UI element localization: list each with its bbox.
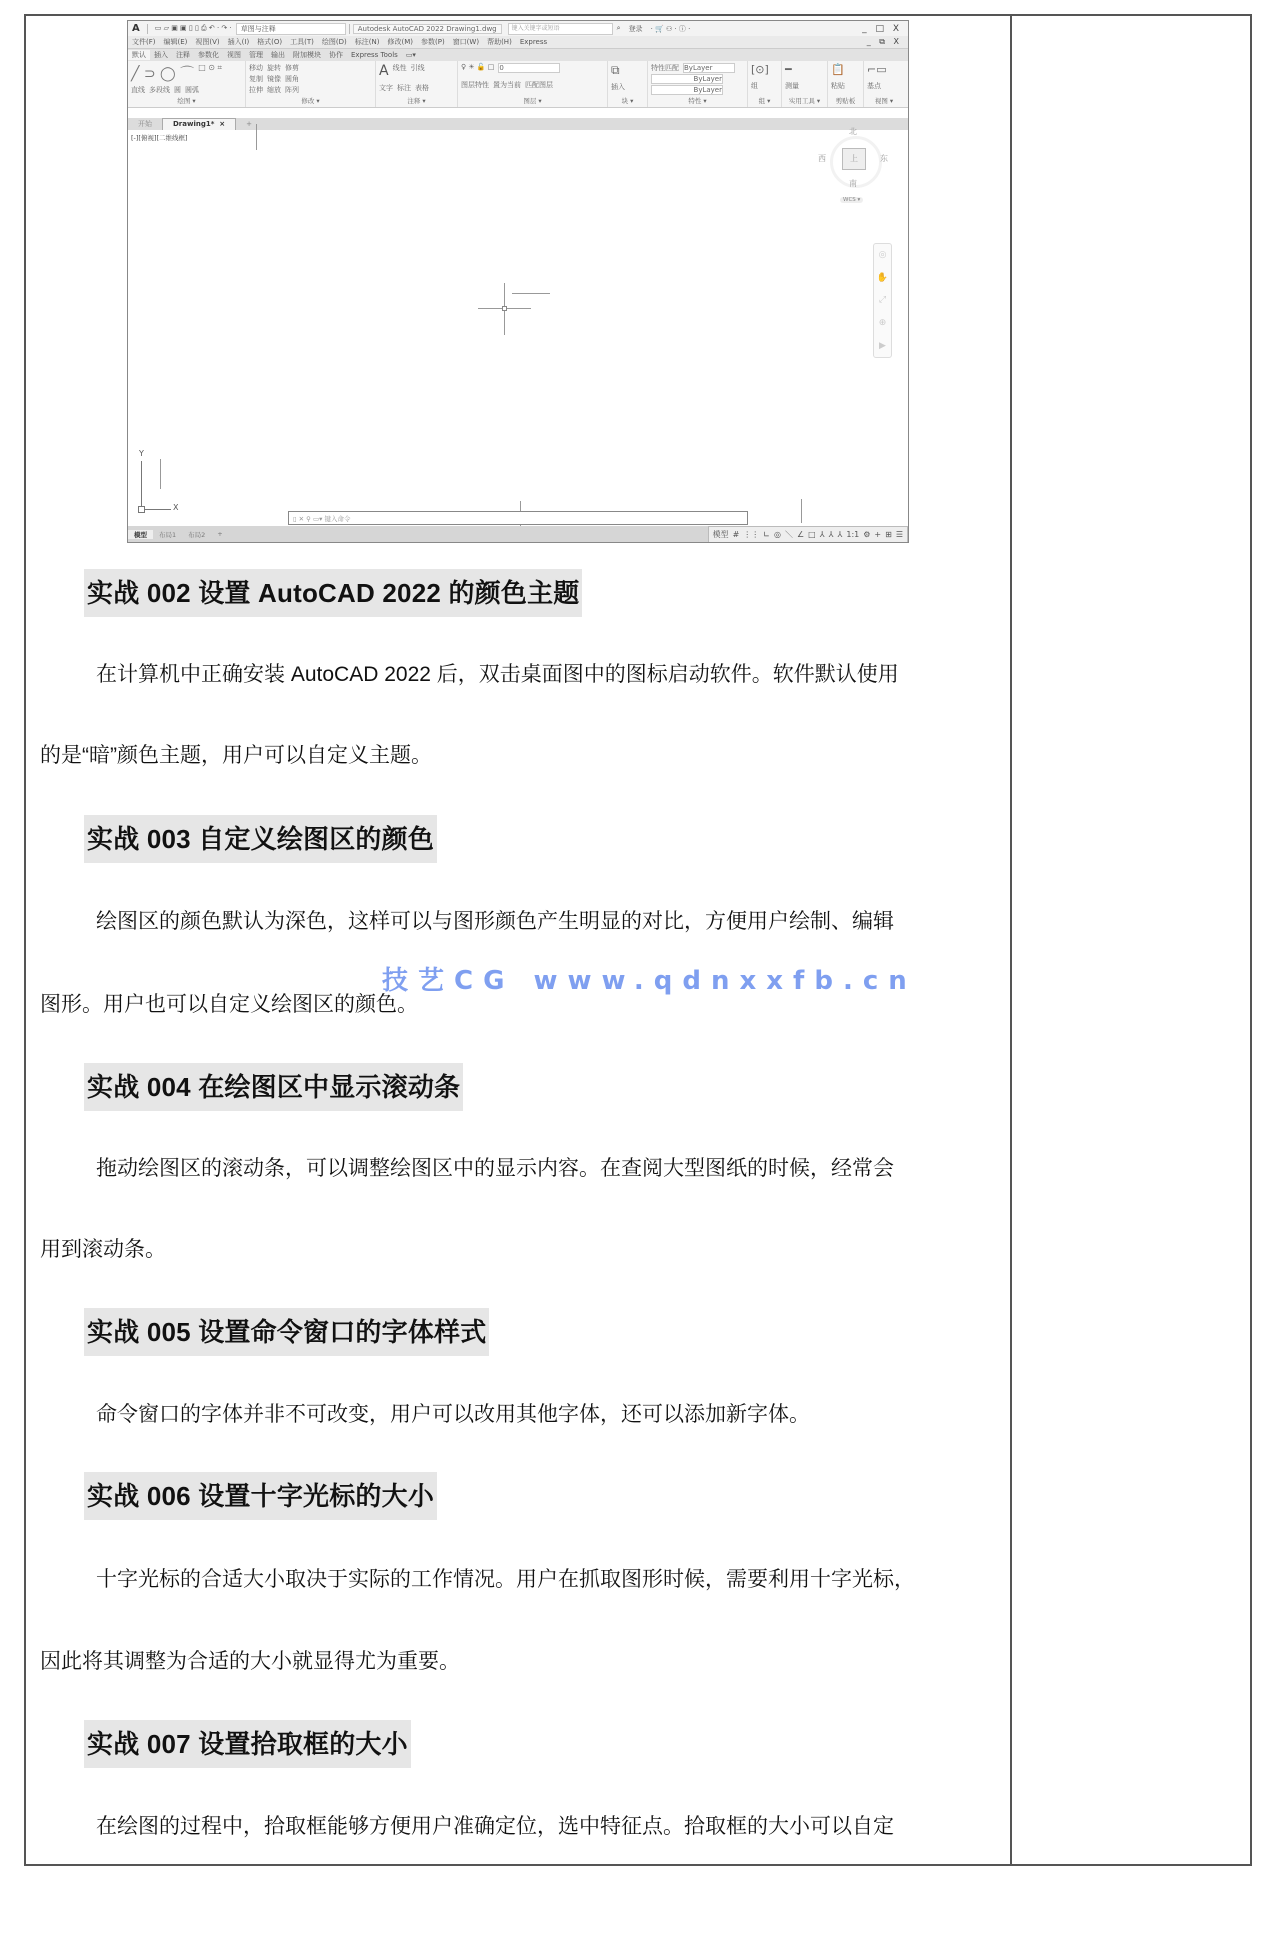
layout-tab-model[interactable]: 模型 [128, 530, 153, 539]
cad-title-bar: A ▭ ▱ ▣ ▣ ▯ ▯ ⎙ ↶ · ↷ · 草图与注释 Autodesk A… [128, 21, 908, 37]
viewcube-top-face[interactable]: 上 [842, 148, 866, 170]
status-bar: 模型 # ⋮⋮ ∟ ◎ ＼ ∠ □ ⅄ ⅄ ⅄ 1:1 ⚙ + ⊞ ☰ [708, 526, 908, 543]
menu-window[interactable]: 窗口(W) [449, 37, 483, 47]
command-input[interactable]: 键入命令 [324, 515, 350, 523]
layout-tabs: 模型 布局1 布局2 + 模型 # ⋮⋮ ∟ ◎ ＼ ∠ □ ⅄ ⅄ ⅄ 1:1… [128, 526, 908, 542]
section-heading-005: 实战 005 设置命令窗口的字体样式 [84, 1308, 489, 1356]
menu-file[interactable]: 文件(F) [128, 37, 160, 47]
scale-value[interactable]: 1:1 [846, 530, 859, 539]
tool-paste[interactable]: 粘贴 [831, 81, 845, 91]
panel-label-block[interactable]: 块 ▾ [611, 96, 644, 105]
layout-tab-layout1[interactable]: 布局1 [153, 530, 182, 539]
cursor-tooltip-line [512, 293, 550, 294]
ribbon: ╱ ⊃ ◯ ⌒ □ ⊙ ⌗ 直线多段线圆圆弧 绘图 ▾ 移动旋转修剪 复制镜像圆… [128, 61, 908, 108]
doc-window-controls[interactable]: _ ⧉ X [867, 37, 908, 47]
panel-clipboard: 📋 粘贴 剪贴板 [828, 61, 864, 107]
panel-group: [⊙] 组 组 ▾ [748, 61, 782, 107]
tool-group[interactable]: 组 [751, 81, 758, 91]
panel-view: ⌐▭ 基点 视图 ▾ [864, 61, 904, 107]
tool-set-current[interactable]: 置为当前 [493, 80, 521, 90]
close-icon[interactable]: × [219, 120, 225, 128]
annotation-scale-icon[interactable]: ⅄ [837, 530, 842, 539]
tool-measure[interactable]: 测量 [785, 81, 799, 91]
menu-dimension[interactable]: 标注(N) [351, 37, 384, 47]
annotation-monitor-icon[interactable]: + [874, 530, 881, 539]
panel-properties: 特性匹配ByLayer ByLayer ByLayer 特性 ▾ [648, 61, 748, 107]
isodraft-icon[interactable]: ＼ [785, 529, 793, 540]
panel-utilities: ━ 测量 实用工具 ▾ [782, 61, 828, 107]
status-model[interactable]: 模型 [713, 529, 729, 540]
section-heading-006: 实战 006 设置十字光标的大小 [84, 1472, 437, 1520]
ucs-x-axis [141, 509, 171, 510]
section-heading-007: 实战 007 设置拾取框的大小 [84, 1720, 411, 1768]
doc-tab-drawing1[interactable]: Drawing1* × [162, 118, 236, 130]
ribbon-tab-manage[interactable]: 管理 [245, 50, 267, 60]
ribbon-tabs: 默认 插入 注释 参数化 视图 管理 输出 附加模块 协作 Express To… [128, 49, 908, 61]
paragraph-line: 拖动绘图区的滚动条，可以调整绘图区中的显示内容。在查阅大型图纸的时候，经常会 [96, 1155, 894, 1183]
quick-access-icons[interactable]: ▭ ▱ ▣ ▣ ▯ ▯ ⎙ ↶ · ↷ · [151, 24, 236, 33]
steering-wheel-icon[interactable]: ◎ [879, 250, 887, 260]
panel-label-clipboard[interactable]: 剪贴板 [831, 96, 860, 105]
paragraph-line: 命令窗口的字体并非不可改变，用户可以改用其他字体，还可以添加新字体。 [96, 1401, 810, 1429]
pickbox [502, 306, 507, 311]
ucs-y-label: Y [139, 449, 144, 458]
tool-base[interactable]: 基点 [867, 81, 881, 91]
tool-copy[interactable]: 复制 [249, 74, 263, 84]
paragraph-line: 在绘图的过程中，拾取框能够方便用户准确定位，选中特征点。拾取框的大小可以自定 [96, 1813, 894, 1841]
ribbon-tab-collaborate[interactable]: 协作 [325, 50, 347, 60]
panel-label-layers[interactable]: 图层 ▾ [461, 96, 604, 105]
viewcube[interactable]: 北 西 东 上 南 WCS ▾ [818, 126, 888, 216]
panel-annotation: A线性引线 文字标注表格 注释 ▾ [376, 61, 458, 107]
tool-match-properties[interactable]: 特性匹配 [651, 63, 679, 73]
tool-move[interactable]: 移动 [249, 63, 263, 73]
panel-label-annotation[interactable]: 注释 ▾ [379, 96, 454, 105]
ribbon-tab-addins[interactable]: 附加模块 [289, 50, 325, 60]
customize-menu-icon[interactable]: ☰ [896, 530, 903, 539]
section-heading-003: 实战 003 自定义绘图区的颜色 [84, 815, 437, 863]
paragraph-line: 十字光标的合适大小取决于实际的工作情况。用户在抓取图形时候，需要利用十字光标， [96, 1566, 915, 1594]
layer-select[interactable]: 0 [498, 63, 560, 73]
menu-insert[interactable]: 插入(I) [224, 37, 254, 47]
menu-format[interactable]: 格式(O) [253, 37, 286, 47]
text-icon[interactable]: A [379, 63, 389, 79]
doc-tab-start[interactable]: 开始 [128, 119, 162, 130]
snap-icon[interactable]: ⋮⋮ [743, 530, 759, 539]
drawing-line [160, 459, 161, 489]
panel-label-draw[interactable]: 绘图 ▾ [131, 96, 242, 105]
ucs-icon [141, 461, 142, 509]
doc-tab-label: Drawing1* [173, 120, 214, 128]
paragraph-line: 在计算机中正确安装 AutoCAD 2022 后，双击桌面图中的图标启动软件。软… [96, 661, 899, 689]
ribbon-minimize-button[interactable]: ▭▾ [402, 51, 420, 59]
tool-layer-properties[interactable]: 图层特性 [461, 80, 489, 90]
panel-label-properties[interactable]: 特性 ▾ [651, 96, 744, 105]
paragraph-line: 绘图区的颜色默认为深色，这样可以与图形颜色产生明显的对比，方便用户绘制、编辑 [96, 908, 894, 936]
section-heading-004: 实战 004 在绘图区中显示滚动条 [84, 1063, 463, 1111]
orbit-icon[interactable]: ⊕ [879, 318, 887, 328]
panel-draw: ╱ ⊃ ◯ ⌒ □ ⊙ ⌗ 直线多段线圆圆弧 绘图 ▾ [128, 61, 246, 107]
add-layout-button[interactable]: + [211, 530, 228, 538]
showmotion-icon[interactable]: ▶ [879, 341, 886, 351]
menu-draw[interactable]: 绘图(D) [318, 37, 351, 47]
menu-help[interactable]: 帮助(H) [483, 37, 516, 47]
menu-tools[interactable]: 工具(T) [286, 37, 318, 47]
viewcube-south[interactable]: 南 [849, 178, 857, 189]
tool-array[interactable]: 阵列 [285, 85, 299, 95]
section-heading-002: 实战 002 设置 AutoCAD 2022 的颜色主题 [84, 569, 582, 617]
login-button[interactable]: 登录 [625, 24, 647, 34]
document-tabs: 开始 Drawing1* × + [128, 118, 908, 130]
watermark: 技艺CG www.qdnxxfb.cn [382, 960, 917, 997]
tool-table[interactable]: 表格 [415, 83, 429, 93]
insert-block-icon[interactable]: ⧉ [611, 63, 644, 78]
viewport-controls[interactable]: [-][俯视][二维线框] [131, 133, 188, 142]
new-tab-button[interactable]: + [236, 119, 262, 130]
pan-icon[interactable]: ✋ [877, 273, 888, 283]
command-line[interactable]: ▯ ✕ ⚲ ▭▾ 键入命令 [288, 511, 748, 525]
cart-icon[interactable]: · 🛒 ⚇ · ⓘ · [647, 24, 695, 34]
tool-arc[interactable]: 圆弧 [185, 85, 199, 95]
panel-layers: ♀ ☀ 🔓 □0 图层特性置为当前匹配图层 图层 ▾ [458, 61, 608, 107]
paragraph-line: 因此将其调整为合适的大小就显得尤为重要。 [40, 1648, 460, 1676]
ortho-icon[interactable]: ∟ [763, 530, 770, 539]
autocad-screenshot: A ▭ ▱ ▣ ▣ ▯ ▯ ⎙ ↶ · ↷ · 草图与注释 Autodesk A… [127, 20, 909, 543]
tool-polyline[interactable]: 多段线 [149, 85, 170, 95]
tool-leader[interactable]: 引线 [411, 63, 425, 73]
paragraph-line: 图形。用户也可以自定义绘图区的颜色。 [40, 991, 418, 1019]
menu-express[interactable]: Express [516, 38, 551, 46]
drawing-line [256, 124, 257, 150]
help-search-input[interactable]: 键入关键字或短语 [508, 23, 613, 35]
column-divider [1010, 14, 1012, 1866]
ribbon-tab-insert[interactable]: 插入 [150, 50, 172, 60]
layout-tab-layout2[interactable]: 布局2 [182, 530, 211, 539]
navigation-bar: ◎ ✋ ⤢ ⊕ ▶ [873, 243, 892, 358]
ribbon-tab-express-tools[interactable]: Express Tools [347, 51, 402, 59]
tool-scale[interactable]: 缩放 [267, 85, 281, 95]
tool-match-layer[interactable]: 匹配图层 [525, 80, 553, 90]
panel-label-utilities[interactable]: 实用工具 ▾ [785, 96, 824, 105]
zoom-extents-icon[interactable]: ⤢ [879, 295, 886, 305]
units-icon[interactable]: ⊞ [885, 530, 892, 539]
tool-fillet[interactable]: 圆角 [285, 74, 299, 84]
object-snap-tracking-icon[interactable]: ∠ [797, 530, 804, 539]
lineweight-select[interactable]: ByLayer [651, 85, 723, 95]
tool-mirror[interactable]: 镜像 [267, 74, 281, 84]
paste-icon[interactable]: 📋 [831, 63, 860, 76]
menu-view[interactable]: 视图(V) [191, 37, 223, 47]
search-icon[interactable]: ⌕ [613, 24, 625, 33]
app-menu-button[interactable]: A [128, 23, 144, 34]
paragraph-line: 的是“暗”颜色主题，用户可以自定义主题。 [40, 742, 432, 770]
grid-icon[interactable]: # [733, 530, 740, 539]
panel-label-modify[interactable]: 修改 ▾ [249, 96, 372, 105]
paragraph-line: 用到滚动条。 [40, 1236, 166, 1264]
viewcube-east[interactable]: 东 [880, 153, 888, 164]
ribbon-tab-annotate[interactable]: 注释 [172, 50, 194, 60]
panel-label-view[interactable]: 视图 ▾ [867, 96, 901, 105]
tool-text[interactable]: 文字 [379, 83, 393, 93]
tool-circle[interactable]: 圆 [174, 85, 181, 95]
ribbon-tab-parametric[interactable]: 参数化 [194, 50, 223, 60]
auto-scale-icon[interactable]: ⅄ [829, 530, 834, 539]
ribbon-tab-view[interactable]: 视图 [223, 50, 245, 60]
panel-label-group[interactable]: 组 ▾ [751, 96, 778, 105]
base-view-icon[interactable]: ⌐▭ [867, 63, 901, 76]
panel-block: ⧉ 插入 块 ▾ [608, 61, 648, 107]
layer-state-icons: ♀ ☀ 🔓 □ [461, 63, 494, 71]
draw-tools[interactable]: ╱ ⊃ ◯ ⌒ □ ⊙ ⌗ [131, 63, 242, 83]
tool-trim[interactable]: 修剪 [285, 63, 299, 73]
wcs-menu[interactable]: WCS ▾ [840, 197, 863, 203]
viewcube-west[interactable]: 西 [818, 153, 826, 164]
osnap-icon[interactable]: □ [808, 530, 816, 539]
color-select[interactable]: ByLayer [683, 63, 735, 73]
group-icon[interactable]: [⊙] [751, 63, 778, 76]
workspace-select[interactable]: 草图与注释 [236, 23, 346, 35]
menu-edit[interactable]: 编辑(E) [160, 37, 192, 47]
polar-icon[interactable]: ◎ [774, 530, 781, 539]
tool-dimension[interactable]: 标注 [397, 83, 411, 93]
linetype-select[interactable]: ByLayer [651, 74, 723, 84]
ribbon-tab-home[interactable]: 默认 [128, 50, 150, 60]
tool-linear[interactable]: 线性 [393, 63, 407, 73]
tool-line[interactable]: 直线 [131, 85, 145, 95]
ucs-x-label: X [173, 503, 178, 512]
drawing-line [801, 499, 802, 523]
cad-menu-bar: 文件(F) 编辑(E) 视图(V) 插入(I) 格式(O) 工具(T) 绘图(D… [128, 36, 908, 49]
menu-modify[interactable]: 修改(M) [383, 37, 417, 47]
panel-modify: 移动旋转修剪 复制镜像圆角 拉伸缩放阵列 修改 ▾ [246, 61, 376, 107]
tool-rotate[interactable]: 旋转 [267, 63, 281, 73]
window-title: Autodesk AutoCAD 2022 Drawing1.dwg [353, 24, 502, 34]
viewcube-north[interactable]: 北 [849, 126, 857, 137]
tool-stretch[interactable]: 拉伸 [249, 85, 263, 95]
window-controls[interactable]: _ □ X [862, 24, 908, 34]
workspace-gear-icon[interactable]: ⚙ [863, 530, 870, 539]
ucs-origin [138, 506, 145, 513]
menu-parametric[interactable]: 参数(P) [417, 37, 449, 47]
measure-icon[interactable]: ━ [785, 63, 824, 76]
tool-insert[interactable]: 插入 [611, 82, 625, 92]
annotation-visibility-icon[interactable]: ⅄ [820, 530, 825, 539]
ribbon-tab-output[interactable]: 输出 [267, 50, 289, 60]
